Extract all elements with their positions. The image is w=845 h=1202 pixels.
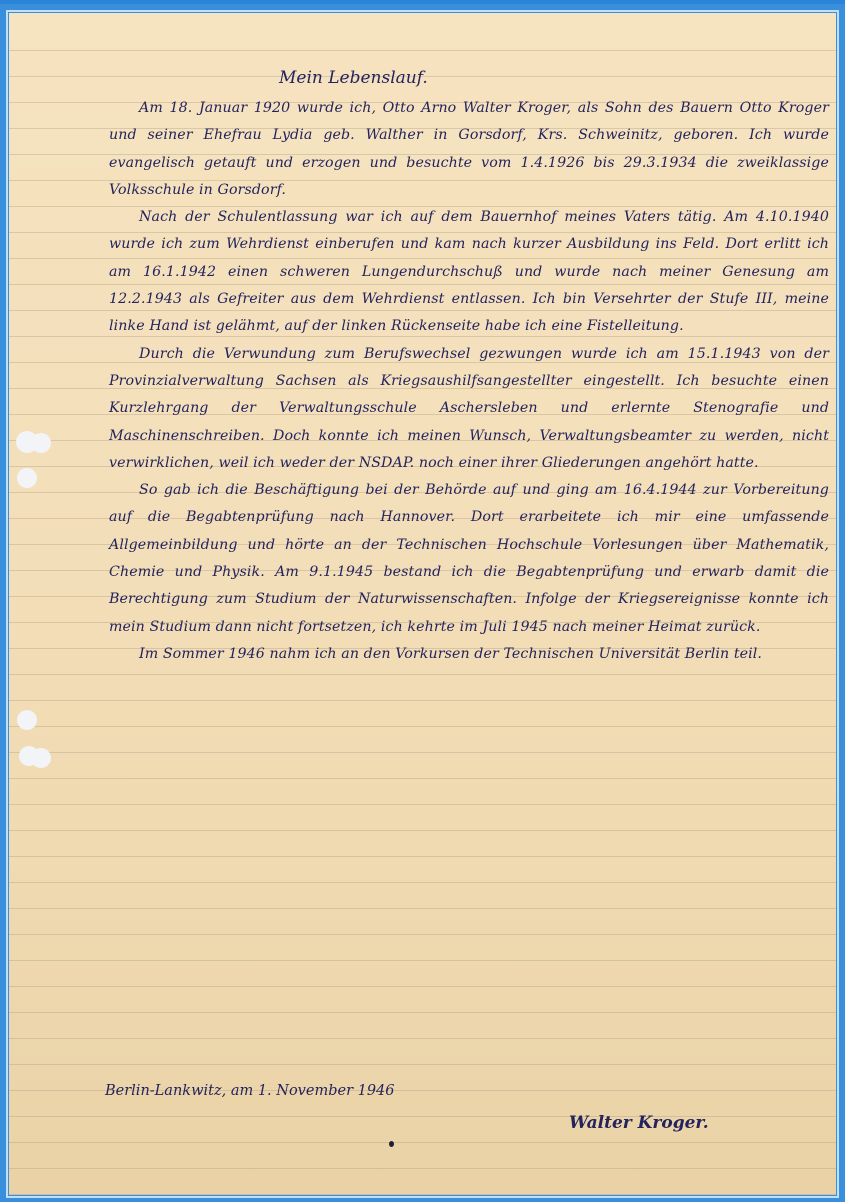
image-frame: Mein Lebenslauf. Am 18. Januar 1920 wurd… xyxy=(0,0,845,1202)
place-and-date: Berlin-Lankwitz, am 1. November 1946 xyxy=(105,1083,395,1099)
paragraph-studies: So gab ich die Beschäftigung bei der Beh… xyxy=(109,477,829,641)
ink-spot xyxy=(389,1141,394,1147)
paragraph-birth-education: Am 18. Januar 1920 wurde ich, Otto Arno … xyxy=(109,95,829,204)
paper-sheet: Mein Lebenslauf. Am 18. Januar 1920 wurd… xyxy=(9,13,836,1195)
punch-hole xyxy=(31,433,51,453)
document-title: Mein Lebenslauf. xyxy=(279,68,428,88)
paragraph-administration: Durch die Verwundung zum Berufswechsel g… xyxy=(109,341,829,477)
paragraph-military-service: Nach der Schulentlassung war ich auf dem… xyxy=(109,204,829,340)
punch-hole xyxy=(17,468,37,488)
body-text: Am 18. Januar 1920 wurde ich, Otto Arno … xyxy=(109,95,829,668)
punch-hole xyxy=(17,710,37,730)
paragraph-university: Im Sommer 1946 nahm ich an den Vorkursen… xyxy=(109,641,829,668)
punch-hole xyxy=(31,748,51,768)
signature: Walter Kroger. xyxy=(569,1113,709,1133)
